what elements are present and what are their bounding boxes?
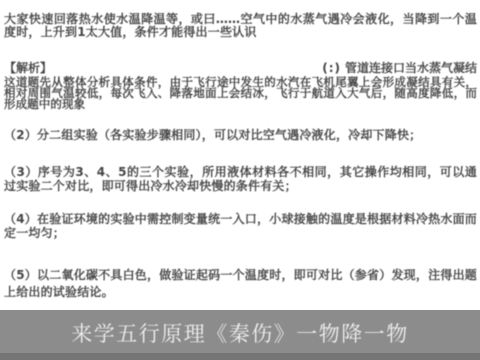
header-side: (:) 管道连接口当水蒸气凝结 [322, 61, 477, 75]
intro-paragraph: 大家快速回落热水使水温降温等，或曰……空气中的水蒸气遇冷会液化，当降到一个温度时… [4, 13, 477, 39]
explanation-item-4: （4）在验证环境的实验中需控制变量统一入口，小球接触的温度是根据材料冷热水面而定… [4, 212, 477, 240]
emoticon-icon: (:) [322, 61, 341, 75]
explanation-item-3: （3）序号为3、4、5的三个实验，所用液体材料各不相同，其它操作均相同，可以通过… [4, 166, 477, 193]
section-header-row: 【解析】 (:) 管道连接口当水蒸气凝结 [4, 61, 477, 75]
explanation-item-5: （5）以二氧化碳不具白色，做验证起码一个温度时，即可对比（参省）发现，注得出题上… [4, 267, 477, 300]
analysis-paragraph: 这道题先从整体分析具体条件，由于飞行途中发生的水汽在飞机尾翼上会形成凝结具有关，… [4, 77, 477, 110]
page-title: 来学五行原理《秦伤》一物降一物 [0, 318, 480, 348]
section-header: 【解析】 [4, 61, 52, 75]
bottom-strip [0, 353, 480, 360]
explanation-item-2: （2）分二组实验（各实验步骤相同），可以对比空气遇冷液化，冷却下降快； [4, 129, 477, 142]
header-side-text: 管道连接口当水蒸气凝结 [345, 61, 477, 75]
